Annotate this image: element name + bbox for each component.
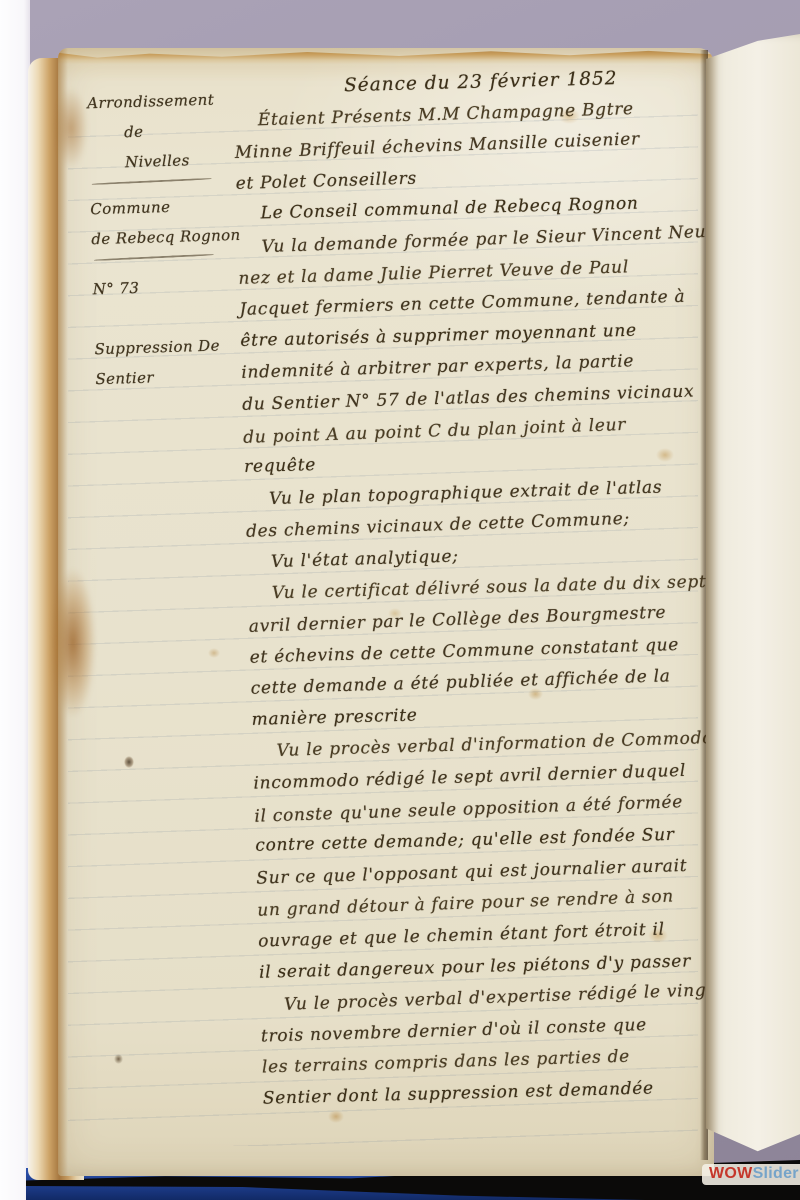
photo-left-white-strip [0,0,30,1200]
watermark-slider: Slider [753,1165,799,1182]
margin-line: de Rebecq Rognon [91,220,252,255]
margin-block: ArrondissementdeNivelles [87,84,250,179]
margin-separator [92,178,212,186]
manuscript-page: ArrondissementdeNivellesCommunede Rebecq… [58,48,714,1176]
watermark-wow: WOW [709,1165,753,1182]
margin-block: N° 73 [92,269,253,304]
manuscript-photo: ArrondissementdeNivellesCommunede Rebecq… [0,0,800,1200]
deliberation-text: Séance du 23 février 1852Étaient Présent… [232,59,759,1116]
margin-separator [94,254,214,262]
margin-line: de [88,114,249,149]
margin-line: Suppression De [94,329,255,364]
margin-line: Arrondissement [87,84,248,119]
margin-line: Nivelles [89,144,250,179]
handwriting-layer: ArrondissementdeNivellesCommunede Rebecq… [56,30,745,1177]
facing-page [706,34,800,1174]
margin-line: Sentier [95,359,256,394]
wowslider-watermark[interactable]: WOWSlider [702,1164,800,1185]
margin-line: N° 73 [92,269,253,304]
margin-line: Commune [90,190,251,225]
margin-block: Communede Rebecq Rognon [90,190,252,255]
margin-annotations: ArrondissementdeNivellesCommunede Rebecq… [87,84,256,395]
margin-block: Suppression DeSentier [94,329,256,394]
